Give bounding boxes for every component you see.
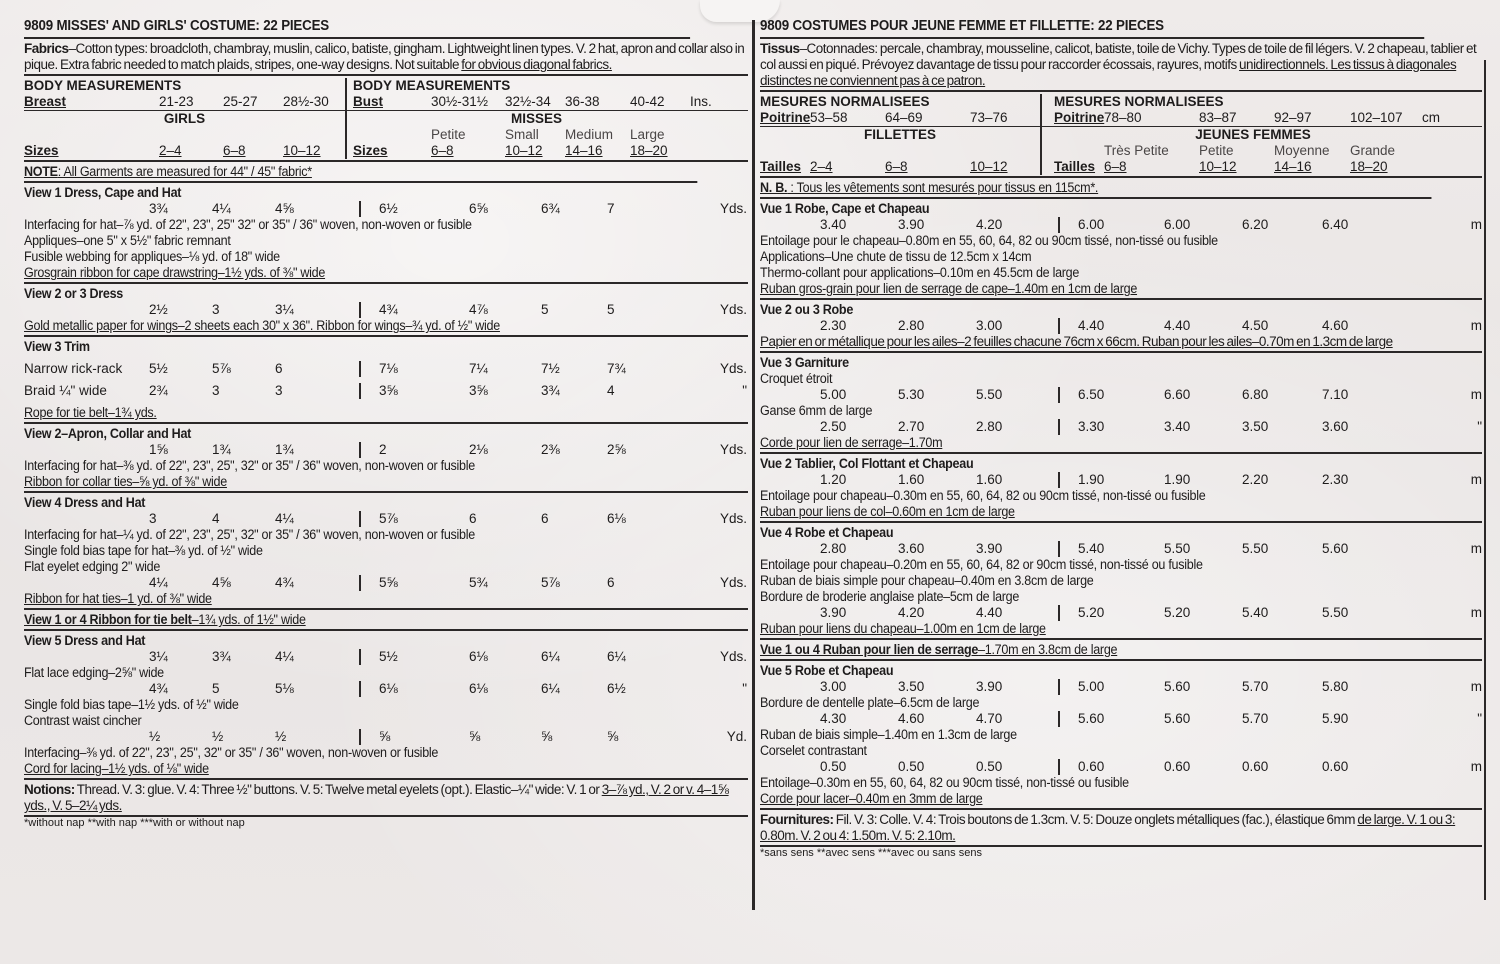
body-measurements-misses-heading: MESURES NORMALISEES: [1054, 94, 1452, 110]
yardage-value: 0.60: [1164, 759, 1242, 775]
yardage-value: 4⅞: [469, 302, 541, 318]
yardage-value: 7¾: [607, 361, 687, 377]
yardage-value: 4: [607, 383, 687, 399]
yardage-value: 5: [541, 302, 607, 318]
yardage-value: 2.80: [976, 419, 1058, 435]
yardage-value: 3.00: [820, 679, 898, 695]
size-divider: [359, 361, 379, 377]
yardage-value: 6: [607, 575, 687, 591]
yardage-value: 5.60: [1322, 541, 1412, 557]
yardage-value: 4⅝: [212, 575, 275, 591]
yardage-value: 4.60: [898, 711, 976, 727]
yardage-value: 2⅛: [469, 442, 541, 458]
size-divider: [1058, 541, 1078, 557]
yardage-unit: m: [1412, 472, 1482, 488]
yardage-value: 3.40: [820, 217, 898, 233]
requirement-note: Flat eyelet edging 2" wide: [24, 559, 697, 575]
yardage-value: ½: [275, 729, 359, 745]
yardage-unit: Yds.: [687, 442, 747, 458]
size-divider: [1058, 472, 1078, 488]
bust-value: 40-42: [630, 94, 690, 110]
column-divider: [752, 20, 755, 910]
view-heading-suffix: –1¾ yds. of 1½" wide: [192, 612, 306, 627]
girls-size: 6–8: [885, 159, 970, 175]
size-name: Petite: [1199, 143, 1274, 159]
nap-footnote: *sans sens **avec sens ***avec ou sans s…: [760, 847, 1482, 860]
yardage-row-label: [24, 575, 149, 591]
yardage-value: 2⅝: [607, 442, 687, 458]
view-heading-text: Vue 1 Robe, Cape et Chapeau: [760, 201, 929, 216]
view-section: Vue 4 Robe et Chapeau2.803.603.905.405.5…: [760, 523, 1482, 640]
yardage-value: 7¼: [469, 361, 541, 377]
requirement-note: Ruban de biais simple–1.40m en 1.3cm de …: [760, 727, 1431, 743]
yardage-value: 3¾: [149, 201, 212, 217]
requirement-note: Ribbon for hat ties–1 yd. of ⅜" wide: [24, 591, 697, 607]
sizes-label: Tailles: [1054, 159, 1104, 175]
yardage-value: 5.00: [820, 387, 898, 403]
view-section: View 2 or 3 Dress2½33¼4¾4⅞55Yds.Gold met…: [24, 284, 748, 337]
size-divider: [1058, 419, 1078, 435]
yardage-value: 5.40: [1078, 541, 1164, 557]
yardage-value: 6.60: [1164, 387, 1242, 403]
yardage-value: ⅝: [469, 729, 541, 745]
notions-section: Notions: Thread. V. 3: glue. V. 4: Three…: [24, 780, 748, 817]
view-heading: View 2–Apron, Collar and Hat: [24, 426, 697, 442]
yardage-value: 2: [379, 442, 469, 458]
yardage-value: 6⅛: [469, 649, 541, 665]
yardage-row-label: [24, 511, 149, 527]
view-heading: View 3 Trim: [24, 339, 697, 355]
yardage-value: 7.10: [1322, 387, 1412, 403]
view-heading-text: View 5 Dress and Hat: [24, 633, 145, 648]
yardage-unit: Yd.: [687, 729, 747, 745]
view-heading: Vue 2 ou 3 Robe: [760, 302, 1431, 318]
yardage-value: 5.00: [1078, 679, 1164, 695]
yardage-unit: m: [1412, 387, 1482, 403]
yardage-row-label: [760, 759, 820, 775]
yardage-value: 5⅞: [379, 511, 469, 527]
view-heading-text: Vue 3 Garniture: [760, 355, 849, 370]
yardage-value: 3¼: [275, 302, 359, 318]
yardage-row-label: [24, 649, 149, 665]
yardage-value: 4¾: [149, 681, 212, 697]
yardage-value: 6½: [607, 681, 687, 697]
size-divider: [359, 511, 379, 527]
yardage-row-label: [760, 605, 820, 621]
yardage-value: 3¼: [149, 649, 212, 665]
girls-size: 2–4: [810, 159, 885, 175]
yardage-value: 3.90: [898, 217, 976, 233]
view-heading-text: View 3 Trim: [24, 339, 90, 354]
yardage-unit: Yds.: [687, 302, 747, 318]
yardage-unit: m: [1412, 605, 1482, 621]
yardage-row-label: [760, 318, 820, 334]
bust-unit: Ins.: [690, 94, 720, 110]
view-heading-text: View 4 Dress and Hat: [24, 495, 145, 510]
view-heading-text: Vue 4 Robe et Chapeau: [760, 525, 893, 540]
pattern-title: 9809 COSTUMES POUR JEUNE FEMME ET FILLET…: [760, 18, 1424, 39]
yardage-value: 6¾: [541, 201, 607, 217]
yardage-value: 5.50: [1164, 541, 1242, 557]
yardage-value: 0.60: [1078, 759, 1164, 775]
yardage-value: 2⅜: [541, 442, 607, 458]
requirement-note: Corselet contrastant: [760, 743, 1431, 759]
bust-value: 78–80: [1104, 110, 1199, 126]
size-divider: [359, 442, 379, 458]
yardage-value: 6.00: [1164, 217, 1242, 233]
requirement-note: Single fold bias tape for hat–⅜ yd. of ½…: [24, 543, 697, 559]
notions-label: Notions:: [24, 782, 75, 797]
girls-size: 10–12: [970, 159, 1040, 175]
size-name: Grande: [1350, 143, 1422, 159]
misses-size: 18–20: [1350, 159, 1422, 175]
body-measurements-misses-heading: BODY MEASUREMENTS: [353, 78, 720, 94]
yardage-value: 4¼: [212, 201, 275, 217]
bust-unit: cm: [1422, 110, 1452, 126]
yardage-unit: ": [687, 681, 747, 697]
yardage-value: 0.50: [976, 759, 1058, 775]
size-divider: [359, 201, 379, 217]
requirement-note: Single fold bias tape–1½ yds. of ½" wide: [24, 697, 697, 713]
yardage-value: 6.00: [1078, 217, 1164, 233]
view-heading: View 1 Dress, Cape and Hat: [24, 185, 697, 201]
view-section: Vue 1 Robe, Cape et Chapeau3.403.904.206…: [760, 199, 1482, 300]
yardage-value: ⅝: [607, 729, 687, 745]
body-measurements: MESURES NORMALISEES MESURES NORMALISEES …: [760, 92, 1482, 178]
yardage-value: 7½: [541, 361, 607, 377]
yardage-value: 4¼: [275, 649, 359, 665]
view-heading: Vue 1 ou 4 Ruban pour lien de serrage–1.…: [760, 642, 1431, 658]
yardage-value: 6¼: [541, 681, 607, 697]
yardage-unit: m: [1412, 318, 1482, 334]
requirement-note: Croquet étroit: [760, 371, 1431, 387]
requirement-note: Ruban pour liens du chapeau–1.00m en 1cm…: [760, 621, 1431, 637]
size-divider: [359, 302, 379, 318]
yardage-value: 6.80: [1242, 387, 1322, 403]
view-heading-text: View 1 or 4 Ribbon for tie belt: [24, 612, 192, 627]
yardage-row-label: [24, 302, 149, 318]
yardage-row-label: [760, 419, 820, 435]
size-divider: [1058, 711, 1078, 727]
bust-label: Poitrine: [1054, 110, 1104, 126]
misses-size: 14–16: [565, 143, 630, 159]
note-label: NOTE: [24, 164, 58, 179]
view-section: Vue 3 GarnitureCroquet étroit5.005.305.5…: [760, 353, 1482, 454]
yardage-value: 5⅝: [379, 575, 469, 591]
yardage-value: 3¾: [212, 649, 275, 665]
body-measurements-girls-heading: BODY MEASUREMENTS: [24, 78, 345, 94]
size-divider: [359, 729, 379, 745]
fabrics-label: Fabrics: [24, 41, 69, 56]
yardage-unit: Yds.: [687, 361, 747, 377]
yardage-unit: ": [1412, 419, 1482, 435]
breast-value: 28½-30: [283, 94, 345, 110]
requirement-note: Grosgrain ribbon for cape drawstring–1½ …: [24, 265, 697, 281]
size-divider: [1058, 217, 1078, 233]
view-heading: View 1 or 4 Ribbon for tie belt–1¾ yds. …: [24, 612, 697, 628]
yardage-value: 2.50: [820, 419, 898, 435]
yardage-unit: m: [1412, 541, 1482, 557]
yardage-value: 3.50: [898, 679, 976, 695]
requirement-note: Ganse 6mm de large: [760, 403, 1431, 419]
yardage-value: 2.80: [820, 541, 898, 557]
yardage-row-label: [760, 541, 820, 557]
yardage-value: 4.20: [898, 605, 976, 621]
view-section: View 5 Dress and Hat3¼3¾4¼5½6⅛6¼6¼Yds.Fl…: [24, 631, 748, 780]
yardage-value: 6.20: [1242, 217, 1322, 233]
requirement-note: Interfacing for hat–¼ yd. of 22", 23", 2…: [24, 527, 697, 543]
notions-text: Thread. V. 3: glue. V. 4: Three ½" butto…: [75, 782, 600, 797]
yardage-row-label: [24, 442, 149, 458]
requirement-note: Ruban de biais simple pour chapeau–0.40m…: [760, 573, 1431, 589]
yardage-value: 4.40: [976, 605, 1058, 621]
notions-text: Fil. V. 3: Colle. V. 4: Trois boutons de…: [834, 812, 1356, 827]
yardage-value: 4.60: [1322, 318, 1412, 334]
yardage-value: 3: [212, 302, 275, 318]
view-heading-text: Vue 2 Tablier, Col Flottant et Chapeau: [760, 456, 973, 471]
yardage-row-label: [24, 681, 149, 697]
yardage-value: 5.80: [1322, 679, 1412, 695]
view-section: Vue 5 Robe et Chapeau3.003.503.905.005.6…: [760, 661, 1482, 810]
yardage-value: 1.60: [898, 472, 976, 488]
view-heading-text: Vue 2 ou 3 Robe: [760, 302, 853, 317]
yardage-value: 4.40: [1078, 318, 1164, 334]
yardage-value: 7⅛: [379, 361, 469, 377]
requirement-note: Applications–Une chute de tissu de 12.5c…: [760, 249, 1431, 265]
yardage-value: 5⅛: [275, 681, 359, 697]
girls-label: GIRLS: [24, 111, 345, 127]
yardage-value: 1⅝: [149, 442, 212, 458]
bust-value: 83–87: [1199, 110, 1274, 126]
yardage-value: 2.20: [1242, 472, 1322, 488]
yardage-value: 3: [149, 511, 212, 527]
bust-value: 102–107: [1350, 110, 1422, 126]
requirement-note: Interfacing for hat–⅞ yd. of 22", 23", 2…: [24, 217, 697, 233]
size-divider: [1058, 605, 1078, 621]
view-section: View 3 TrimNarrow rick-rack5½5⅞67⅛7¼7½7¾…: [24, 337, 748, 424]
requirement-note: Ruban pour liens de col–0.60m en 1cm de …: [760, 504, 1431, 520]
size-divider: [1058, 387, 1078, 403]
requirement-note: Ruban gros-grain pour lien de serrage de…: [760, 281, 1431, 297]
view-heading: Vue 2 Tablier, Col Flottant et Chapeau: [760, 456, 1431, 472]
requirement-note: Rope for tie belt–1¾ yds.: [24, 405, 697, 421]
breast-value: 73–76: [970, 110, 1040, 126]
girls-size: 10–12: [283, 143, 345, 159]
english-column: 9809 MISSES' AND GIRLS' COSTUME: 22 PIEC…: [24, 18, 748, 830]
yardage-value: 5.70: [1242, 711, 1322, 727]
yardage-value: 6½: [379, 201, 469, 217]
requirement-note: Papier en or métallique pour les ailes–2…: [760, 334, 1482, 350]
view-heading-text: View 2–Apron, Collar and Hat: [24, 426, 191, 441]
size-name: Large: [630, 127, 690, 143]
view-heading: View 5 Dress and Hat: [24, 633, 697, 649]
misses-label: MISSES: [353, 111, 720, 127]
yardage-row-label: [24, 201, 149, 217]
size-divider: [359, 575, 379, 591]
size-divider: [1058, 759, 1078, 775]
requirement-note: Contrast waist cincher: [24, 713, 697, 729]
requirement-note: Appliques–one 5" x 5½" fabric remnant: [24, 233, 697, 249]
yardage-value: 5.20: [1164, 605, 1242, 621]
requirement-note: Cord for lacing–1½ yds. of ⅛" wide: [24, 761, 697, 777]
yardage-value: 5½: [149, 361, 212, 377]
yardage-value: 5.70: [1242, 679, 1322, 695]
yardage-value: 5⅞: [212, 361, 275, 377]
requirement-note: Flat lace edging–2⅝" wide: [24, 665, 697, 681]
requirement-note: Bordure de broderie anglaise plate–5cm d…: [760, 589, 1431, 605]
yardage-value: 4: [212, 511, 275, 527]
yardage-value: 2¾: [149, 383, 212, 399]
view-heading: Vue 4 Robe et Chapeau: [760, 525, 1431, 541]
view-section: Vue 1 ou 4 Ruban pour lien de serrage–1.…: [760, 640, 1482, 661]
size-name: Small: [505, 127, 565, 143]
view-heading-text: View 2 or 3 Dress: [24, 286, 123, 301]
requirement-note: Gold metallic paper for wings–2 sheets e…: [24, 318, 697, 334]
misses-size: 10–12: [1199, 159, 1274, 175]
misses-size: 6–8: [431, 143, 505, 159]
yardage-value: 5: [212, 681, 275, 697]
bust-value: 30½-31½: [431, 94, 505, 110]
view-heading-text: Vue 5 Robe et Chapeau: [760, 663, 893, 678]
requirement-note: Thermo-collant pour applications–0.10m e…: [760, 265, 1431, 281]
notions-label: Fournitures:: [760, 812, 834, 827]
breast-value: 21-23: [159, 94, 223, 110]
yardage-value: 0.60: [1322, 759, 1412, 775]
yardage-value: 5.40: [1242, 605, 1322, 621]
french-column: 9809 COSTUMES POUR JEUNE FEMME ET FILLET…: [760, 18, 1482, 860]
breast-label: Poitrine: [760, 110, 810, 126]
view-section: View 1 Dress, Cape and Hat3¾4¼4⅝6½6⅝6¾7Y…: [24, 183, 748, 284]
yardage-value: 4¼: [275, 511, 359, 527]
size-divider: [1058, 679, 1078, 695]
yardage-value: 1.90: [1164, 472, 1242, 488]
yardage-value: 3.90: [820, 605, 898, 621]
view-heading: Vue 1 Robe, Cape et Chapeau: [760, 201, 1431, 217]
requirement-note: Bordure de dentelle plate–6.5cm de large: [760, 695, 1431, 711]
size-divider: [359, 383, 379, 399]
yardage-value: ⅝: [379, 729, 469, 745]
requirement-note: Fusible webbing for appliques–⅛ yd. of 1…: [24, 249, 697, 265]
yardage-value: 3.90: [976, 541, 1058, 557]
yardage-row-label: [24, 729, 149, 745]
fabric-width-note: NOTE: All Garments are measured for 44" …: [24, 162, 697, 183]
yardage-value: 2.30: [1322, 472, 1412, 488]
requirement-note: Corde pour lien de serrage–1.70m: [760, 435, 1431, 451]
yardage-value: 1.20: [820, 472, 898, 488]
yardage-value: 1.90: [1078, 472, 1164, 488]
notions-section: Fournitures: Fil. V. 3: Colle. V. 4: Tro…: [760, 810, 1482, 847]
yardage-value: 3.50: [1242, 419, 1322, 435]
right-border: [1484, 60, 1486, 900]
pattern-title: 9809 MISSES' AND GIRLS' COSTUME: 22 PIEC…: [24, 18, 690, 39]
yardage-value: 3⅝: [469, 383, 541, 399]
yardage-value: 1¾: [275, 442, 359, 458]
girls-label: FILLETTES: [760, 127, 1040, 143]
note-label: N. B.: [760, 180, 787, 195]
yardage-value: 5.60: [1078, 711, 1164, 727]
note-text: : All Garments are measured for 44" / 45…: [58, 164, 312, 179]
yardage-value: 3.60: [1322, 419, 1412, 435]
yardage-value: 3.60: [898, 541, 976, 557]
size-name: Medium: [565, 127, 630, 143]
view-heading: View 4 Dress and Hat: [24, 495, 697, 511]
view-section: Vue 2 Tablier, Col Flottant et Chapeau1.…: [760, 454, 1482, 523]
note-text: : Tous les vêtements sont mesurés pour t…: [787, 180, 1098, 195]
view-section: View 1 or 4 Ribbon for tie belt–1¾ yds. …: [24, 610, 748, 631]
requirement-note: Entoilage pour le chapeau–0.80m en 55, 6…: [760, 233, 1431, 249]
yardage-value: 6: [469, 511, 541, 527]
yardage-value: 3: [275, 383, 359, 399]
yardage-value: 0.50: [898, 759, 976, 775]
sizes-label: Sizes: [353, 143, 431, 159]
yardage-value: 6⅝: [469, 201, 541, 217]
nap-footnote: *without nap **with nap ***with or witho…: [24, 817, 748, 830]
yardage-value: 5½: [379, 649, 469, 665]
yardage-unit: ": [687, 383, 747, 399]
bust-value: 92–97: [1274, 110, 1350, 126]
yardage-value: 0.60: [1242, 759, 1322, 775]
yardage-value: 7: [607, 201, 687, 217]
yardage-row-label: [760, 679, 820, 695]
fabrics-text-end: for obvious diagonal fabrics.: [461, 57, 612, 72]
yardage-value: 6.50: [1078, 387, 1164, 403]
yardage-value: 4.20: [976, 217, 1058, 233]
requirement-note: Entoilage pour chapeau–0.20m en 55, 60, …: [760, 557, 1431, 573]
yardage-value: 5.20: [1078, 605, 1164, 621]
yardage-value: 6¼: [541, 649, 607, 665]
yardage-value: 6⅛: [379, 681, 469, 697]
yardage-value: 2½: [149, 302, 212, 318]
yardage-row-label: [760, 472, 820, 488]
yardage-value: ½: [149, 729, 212, 745]
yardage-row-label: Braid ¼" wide: [24, 383, 149, 399]
yardage-value: 5.30: [898, 387, 976, 403]
misses-size: 14–16: [1274, 159, 1350, 175]
view-heading-suffix: –1.70m en 3.8cm de large: [978, 642, 1117, 657]
yardage-unit: m: [1412, 217, 1482, 233]
misses-label: JEUNES FEMMES: [1054, 127, 1452, 143]
fabrics-text: –Cotton types: broadcloth, chambray, mus…: [24, 41, 744, 72]
yardage-unit: Yds.: [687, 201, 747, 217]
yardage-value: 6: [541, 511, 607, 527]
yardage-value: 3.30: [1078, 419, 1164, 435]
body-measurements-girls-heading: MESURES NORMALISEES: [760, 94, 1040, 110]
yardage-value: 3.40: [1164, 419, 1242, 435]
yardage-value: 6¼: [607, 649, 687, 665]
breast-value: 25-27: [223, 94, 283, 110]
yardage-value: 5.60: [1164, 679, 1242, 695]
requirement-note: Entoilage pour chapeau–0.30m en 55, 60, …: [760, 488, 1431, 504]
yardage-value: 5.50: [976, 387, 1058, 403]
yardage-value: 5.60: [1164, 711, 1242, 727]
yardage-unit: Yds.: [687, 575, 747, 591]
size-name: Petite: [431, 127, 505, 143]
view-heading: Vue 3 Garniture: [760, 355, 1431, 371]
yardage-value: 4¾: [275, 575, 359, 591]
yardage-value: 2.80: [898, 318, 976, 334]
yardage-value: 5: [607, 302, 687, 318]
yardage-value: 3: [212, 383, 275, 399]
yardage-value: 5¾: [469, 575, 541, 591]
size-name: Très Petite: [1104, 143, 1199, 159]
view-heading-text: View 1 Dress, Cape and Hat: [24, 185, 181, 200]
yardage-value: 6: [275, 361, 359, 377]
requirement-note: Corde pour lacer–0.40m en 3mm de large: [760, 791, 1431, 807]
girls-size: 6–8: [223, 143, 283, 159]
yardage-value: 4.30: [820, 711, 898, 727]
yardage-unit: ": [1412, 711, 1482, 727]
yardage-row-label: [760, 217, 820, 233]
